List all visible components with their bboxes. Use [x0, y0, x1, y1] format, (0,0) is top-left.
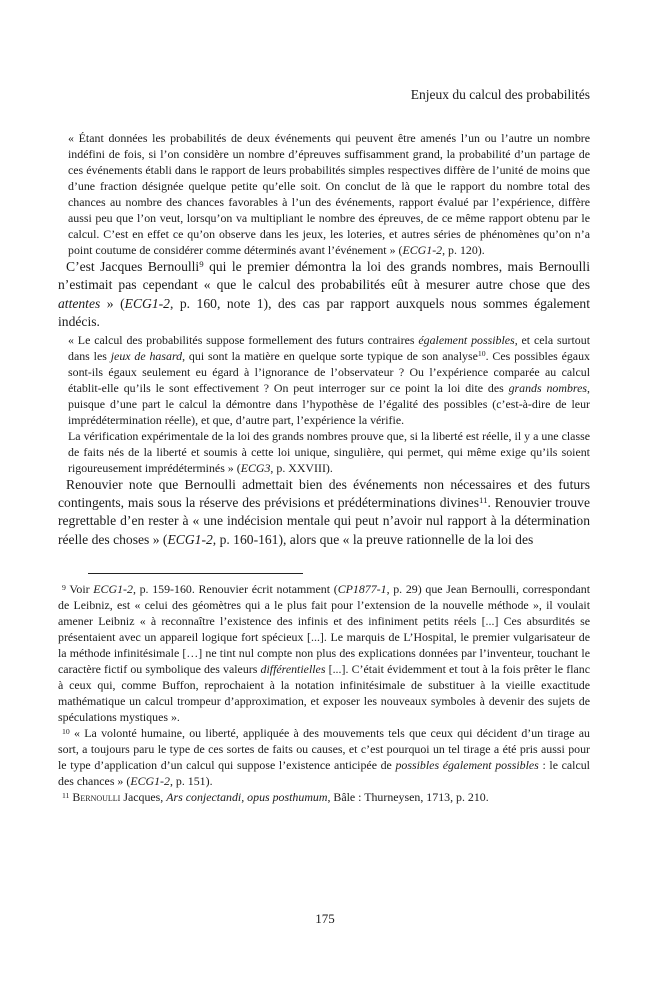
text-run: , p. XXVIII).: [270, 461, 332, 475]
footnote-11: 11 Bernoulli Jacques, Ars conjectandi, o…: [58, 789, 590, 805]
body-paragraph: C’est Jacques Bernoulli9 qui le premier …: [58, 258, 590, 332]
block-quote-paragraph: « Le calcul des probabilités suppose for…: [68, 332, 590, 428]
running-header: Enjeux du calcul des probabilités: [58, 86, 590, 103]
text-run: C’est Jacques Bernoulli: [66, 259, 199, 274]
text-run: , qui sont la matière en quelque sorte t…: [182, 349, 478, 363]
text-run: Bernoulli: [72, 790, 120, 804]
text-run: , p. 120).: [442, 243, 485, 257]
text-run: « Le calcul des probabilités suppose for…: [68, 333, 418, 347]
text-run: ECG1-2: [167, 532, 212, 547]
document-page: Enjeux du calcul des probabilités « Étan…: [0, 0, 650, 1007]
text-run: , p. 159-160. Renouvier écrit notamment …: [133, 582, 338, 596]
text-run: , Bâle : Thurneysen, 1713, p. 210.: [327, 790, 488, 804]
text-run: CP1877-1: [338, 582, 387, 596]
text-run: ECG1-2: [402, 243, 442, 257]
text-run: grands nombres: [509, 381, 587, 395]
footnote-separator: [88, 573, 303, 574]
block-quote-paragraph: « Étant données les probabilités de deux…: [68, 130, 590, 258]
footnote-10: 10 « La volonté humaine, ou liberté, app…: [58, 725, 590, 789]
text-run: « Étant données les probabilités de deux…: [68, 131, 590, 257]
text-run: Ars conjectandi, opus posthumum: [166, 790, 327, 804]
text-run: possibles également possibles: [395, 758, 538, 772]
text-run: , p. 151).: [170, 774, 213, 788]
text-run: » (: [100, 296, 124, 311]
text-run: ECG3: [241, 461, 271, 475]
footnotes: 9 Voir ECG1-2, p. 159-160. Renouvier écr…: [58, 581, 590, 805]
footnote-reference: 10: [478, 349, 486, 358]
body-paragraph: Renouvier note que Bernoulli admettait b…: [58, 476, 590, 550]
footnote-number: 11: [62, 791, 69, 800]
footnote-9: 9 Voir ECG1-2, p. 159-160. Renouvier écr…: [58, 581, 590, 725]
text-run: jeux de hasard: [111, 349, 182, 363]
text-blocks: « Étant données les probabilités de deux…: [58, 130, 590, 549]
text-run: Voir: [69, 582, 93, 596]
page-content: Enjeux du calcul des probabilités « Étan…: [58, 86, 590, 805]
text-run: ECG1-2: [125, 296, 170, 311]
page-number: 175: [0, 911, 650, 927]
block-quote-paragraph: La vérification expérimentale de la loi …: [68, 428, 590, 476]
footnote-number: 10: [62, 727, 70, 736]
footnote-number: 9: [62, 583, 66, 592]
text-run: différentielles: [261, 662, 326, 676]
text-run: ECG1-2: [130, 774, 170, 788]
text-run: ECG1-2: [93, 582, 133, 596]
text-run: également possibles: [418, 333, 514, 347]
footnote-reference: 9: [199, 259, 203, 269]
footnote-reference: 11: [479, 495, 488, 505]
text-run: , p. 160-161), alors que « la preuve rat…: [213, 532, 534, 547]
text-run: Jacques,: [120, 790, 166, 804]
text-run: attentes: [58, 296, 100, 311]
